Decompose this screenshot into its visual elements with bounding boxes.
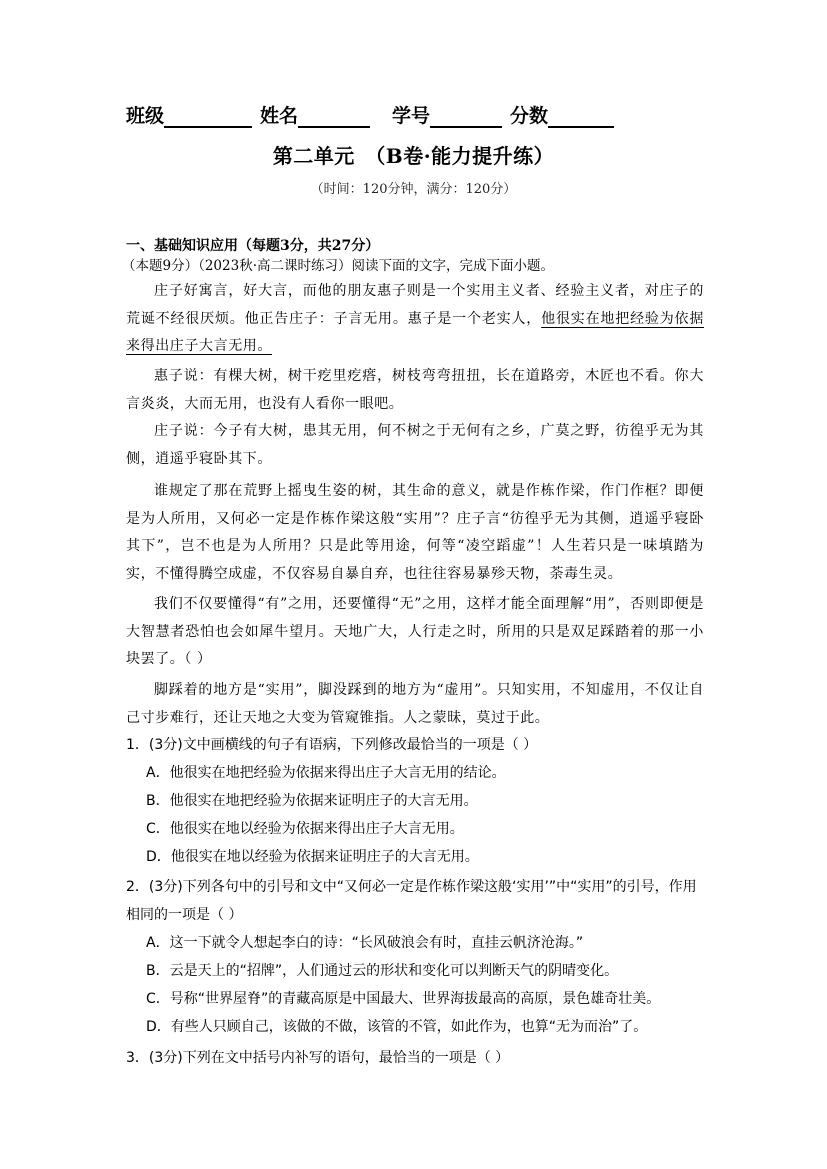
student-id-label: 学号 [392,101,430,128]
class-blank [164,106,252,128]
section-intro: （本题9分）（2023秋·高二课时练习）阅读下面的文字，完成下面小题。 [122,254,700,274]
option-a: A．他很实在地把经验为依据来得出庄子大言无用的结论。 [126,759,704,787]
option-d: D．他很实在地以经验为依据来证明庄子的大言无用。 [126,843,704,871]
student-id-blank [430,106,502,128]
passage-paragraph-2: 惠子说：有棵大树，树干疙里疙瘩，树枝弯弯扭扭，长在道路旁，木匠也不看。你大言炎炎… [126,363,704,418]
passage-paragraph-5: 我们不仅要懂得“有”之用，还要懂得“无”之用，这样才能全面理解“用”，否则即便是… [126,591,704,674]
option-b: B．他很实在地把经验为依据来证明庄子的大言无用。 [126,787,704,815]
class-label: 班级 [126,101,164,128]
question-stem: 3．(3分)下列在文中括号内补写的语句，最恰当的一项是（ ） [126,1044,704,1072]
name-label: 姓名 [260,101,298,128]
question-3: 3．(3分)下列在文中括号内补写的语句，最恰当的一项是（ ） [126,1044,704,1072]
document-page: 班级 姓名 学号 分数 第二单元 （B卷·能力提升练） （时间：120分钟，满分… [0,0,827,1169]
section-heading: 一、基础知识应用（每题3分，共27分） [126,235,704,255]
option-d: D．有些人只顾自己，该做的不做，该管的不管，如此作为，也算“无为而治”了。 [126,1013,704,1041]
question-2: 2．(3分)下列各句中的引号和文中“又何必一定是作栋作梁这般‘实用’”中“实用”… [126,873,704,1041]
score-label: 分数 [510,101,548,128]
score-blank [548,106,614,128]
passage-paragraph-1: 庄子好寓言，好大言，而他的朋友惠子则是一个实用主义者、经验主义者，对庄子的荒诞不… [126,278,704,361]
option-a: A．这一下就令人想起李白的诗：“长风破浪会有时，直挂云帆济沧海。” [126,929,704,957]
question-1: 1．(3分)文中画横线的句子有语病，下列修改最恰当的一项是（ ） A．他很实在地… [126,731,704,871]
passage-paragraph-6: 脚踩着的地方是“实用”，脚没踩到的地方为“虚用”。只知实用，不知虚用，不仅让自己… [126,677,704,732]
option-c: C．他很实在地以经验为依据来得出庄子大言无用。 [126,815,704,843]
option-b: B．云是天上的“招牌”，人们通过云的形状和变化可以判断天气的阴晴变化。 [126,957,704,985]
passage-paragraph-4: 谁规定了那在荒野上摇曳生姿的树，其生命的意义，就是作栋作梁，作门作框？即便是为人… [126,478,704,588]
student-info-line: 班级 姓名 学号 分数 [126,101,646,128]
page-subtitle: （时间：120分钟，满分：120分） [0,178,827,197]
question-stem: 1．(3分)文中画横线的句子有语病，下列修改最恰当的一项是（ ） [126,731,704,759]
passage-paragraph-3: 庄子说：今子有大树，患其无用，何不树之于无何有之乡，广莫之野，彷徨乎无为其侧，逍… [126,418,704,473]
page-title: 第二单元 （B卷·能力提升练） [0,140,827,169]
option-c: C．号称“世界屋脊”的青藏高原是中国最大、世界海拔最高的高原，景色雄奇壮美。 [126,985,704,1013]
name-blank [298,106,370,128]
question-stem: 2．(3分)下列各句中的引号和文中“又何必一定是作栋作梁这般‘实用’”中“实用”… [126,873,704,929]
